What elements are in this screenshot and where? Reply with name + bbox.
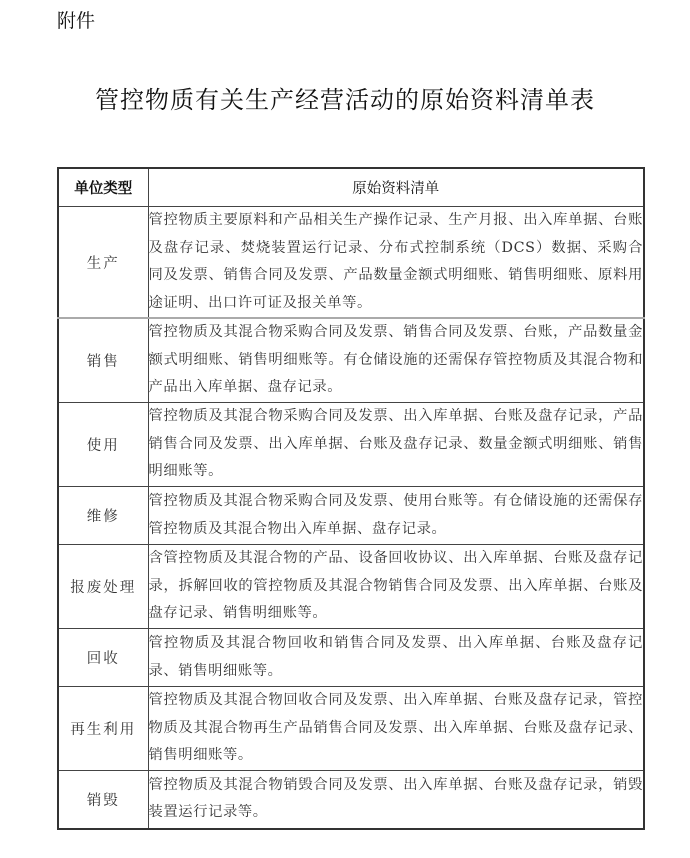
table-row: 生产 管控物质主要原料和产品相关生产操作记录、生产月报、出入库单据、台账及盘存记… bbox=[58, 207, 644, 319]
table-header-row: 单位类型 原始资料清单 bbox=[58, 168, 644, 207]
unit-type-cell: 再生利用 bbox=[58, 687, 148, 771]
table-row: 报废处理 含管控物质及其混合物的产品、设备回收协议、出入库单据、台账及盘存记录，… bbox=[58, 545, 644, 629]
table-row: 销毁 管控物质及其混合物销毁合同及发票、出入库单据、台账及盘存记录，销毁装置运行… bbox=[58, 770, 644, 829]
unit-type-cell: 回收 bbox=[58, 629, 148, 687]
materials-cell: 管控物质及其混合物采购合同及发票、使用台账等。有仓储设施的还需保存管控物质及其混… bbox=[148, 487, 644, 545]
unit-type-cell: 销售 bbox=[58, 318, 148, 403]
materials-cell: 管控物质及其混合物采购合同及发票、销售合同及发票、台账，产品数量金额式明细账、销… bbox=[148, 318, 644, 403]
table-row: 使用 管控物质及其混合物采购合同及发票、出入库单据、台账及盘存记录，产品销售合同… bbox=[58, 403, 644, 487]
materials-cell: 管控物质及其混合物销毁合同及发票、出入库单据、台账及盘存记录，销毁装置运行记录等… bbox=[148, 770, 644, 829]
materials-cell: 管控物质主要原料和产品相关生产操作记录、生产月报、出入库单据、台账及盘存记录、焚… bbox=[148, 207, 644, 319]
attachment-label: 附件 bbox=[57, 6, 95, 33]
materials-cell: 含管控物质及其混合物的产品、设备回收协议、出入库单据、台账及盘存记录，拆解回收的… bbox=[148, 545, 644, 629]
table-row: 维修 管控物质及其混合物采购合同及发票、使用台账等。有仓储设施的还需保存管控物质… bbox=[58, 487, 644, 545]
unit-type-cell: 维修 bbox=[58, 487, 148, 545]
table-row: 销售 管控物质及其混合物采购合同及发票、销售合同及发票、台账，产品数量金额式明细… bbox=[58, 318, 644, 403]
document-title: 管控物质有关生产经营活动的原始资料清单表 bbox=[0, 80, 690, 115]
unit-type-cell: 生产 bbox=[58, 207, 148, 319]
table-row: 再生利用 管控物质及其混合物回收合同及发票、出入库单据、台账及盘存记录，管控物质… bbox=[58, 687, 644, 771]
unit-type-cell: 销毁 bbox=[58, 770, 148, 829]
materials-cell: 管控物质及其混合物回收合同及发票、出入库单据、台账及盘存记录，管控物质及其混合物… bbox=[148, 687, 644, 771]
materials-list-table: 单位类型 原始资料清单 生产 管控物质主要原料和产品相关生产操作记录、生产月报、… bbox=[57, 167, 645, 830]
header-materials-list: 原始资料清单 bbox=[148, 168, 644, 207]
unit-type-cell: 使用 bbox=[58, 403, 148, 487]
materials-cell: 管控物质及其混合物回收和销售合同及发票、出入库单据、台账及盘存记录、销售明细账等… bbox=[148, 629, 644, 687]
materials-cell: 管控物质及其混合物采购合同及发票、出入库单据、台账及盘存记录，产品销售合同及发票… bbox=[148, 403, 644, 487]
header-unit-type: 单位类型 bbox=[58, 168, 148, 207]
table-row: 回收 管控物质及其混合物回收和销售合同及发票、出入库单据、台账及盘存记录、销售明… bbox=[58, 629, 644, 687]
unit-type-cell: 报废处理 bbox=[58, 545, 148, 629]
